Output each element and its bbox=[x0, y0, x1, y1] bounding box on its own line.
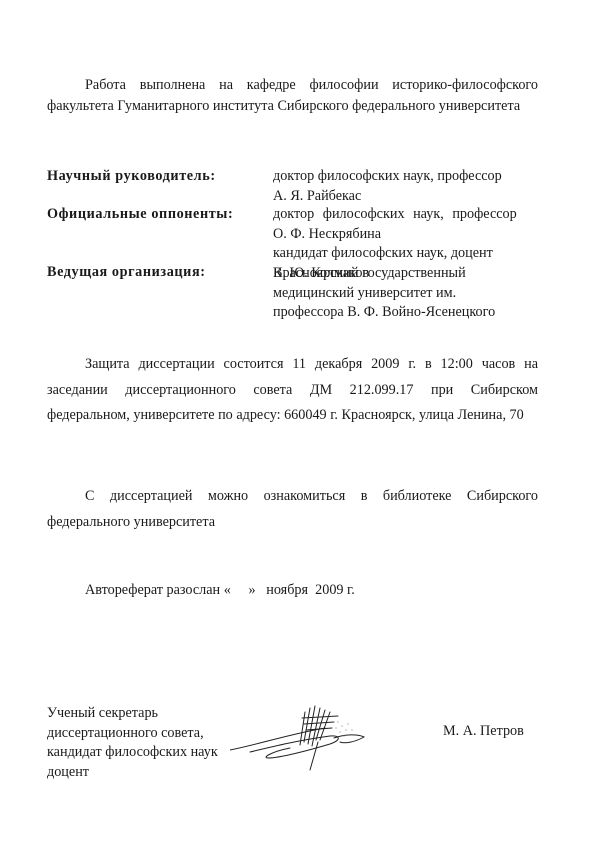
secretary-block: Ученый секретарь диссертационного совета… bbox=[47, 704, 218, 782]
role-value-organization: Красноярский государственный медицинский… bbox=[273, 264, 495, 323]
opponent-2-degree: кандидат философских наук, доцент bbox=[273, 244, 517, 264]
role-label-supervisor: Научный руководитель: bbox=[47, 168, 216, 185]
secretary-name: М. А. Петров bbox=[443, 723, 524, 740]
intro-paragraph: Работа выполнена на кафедре философии ис… bbox=[47, 75, 538, 117]
organization-line-2: медицинский университет им. bbox=[273, 284, 495, 304]
library-paragraph: С диссертацией можно ознакомиться в библ… bbox=[47, 484, 538, 535]
secretary-council: диссертационного совета, bbox=[47, 724, 218, 744]
role-label-organization: Ведущая организация: bbox=[47, 264, 206, 281]
opponent-1-name: О. Ф. Нескрябина bbox=[273, 225, 517, 245]
abstract-sent-date: Автореферат разослан « » ноября 2009 г. bbox=[85, 582, 355, 599]
secretary-rank: доцент bbox=[47, 763, 218, 783]
role-value-supervisor: доктор философских наук, профессор А. Я.… bbox=[273, 167, 502, 206]
opponent-1-degree: доктор философских наук, профессор bbox=[273, 205, 517, 225]
organization-line-1: Красноярский государственный bbox=[273, 264, 495, 284]
secretary-degree: кандидат философских наук bbox=[47, 743, 218, 763]
supervisor-degree: доктор философских наук, профессор bbox=[273, 167, 502, 187]
signature-icon bbox=[230, 700, 370, 775]
supervisor-name: А. Я. Райбекас bbox=[273, 187, 502, 207]
role-label-opponents: Официальные оппоненты: bbox=[47, 206, 233, 223]
secretary-title: Ученый секретарь bbox=[47, 704, 218, 724]
organization-line-3: профессора В. Ф. Войно-Ясенецкого bbox=[273, 303, 495, 323]
defense-paragraph: Защита диссертации состоится 11 декабря … bbox=[47, 352, 538, 429]
